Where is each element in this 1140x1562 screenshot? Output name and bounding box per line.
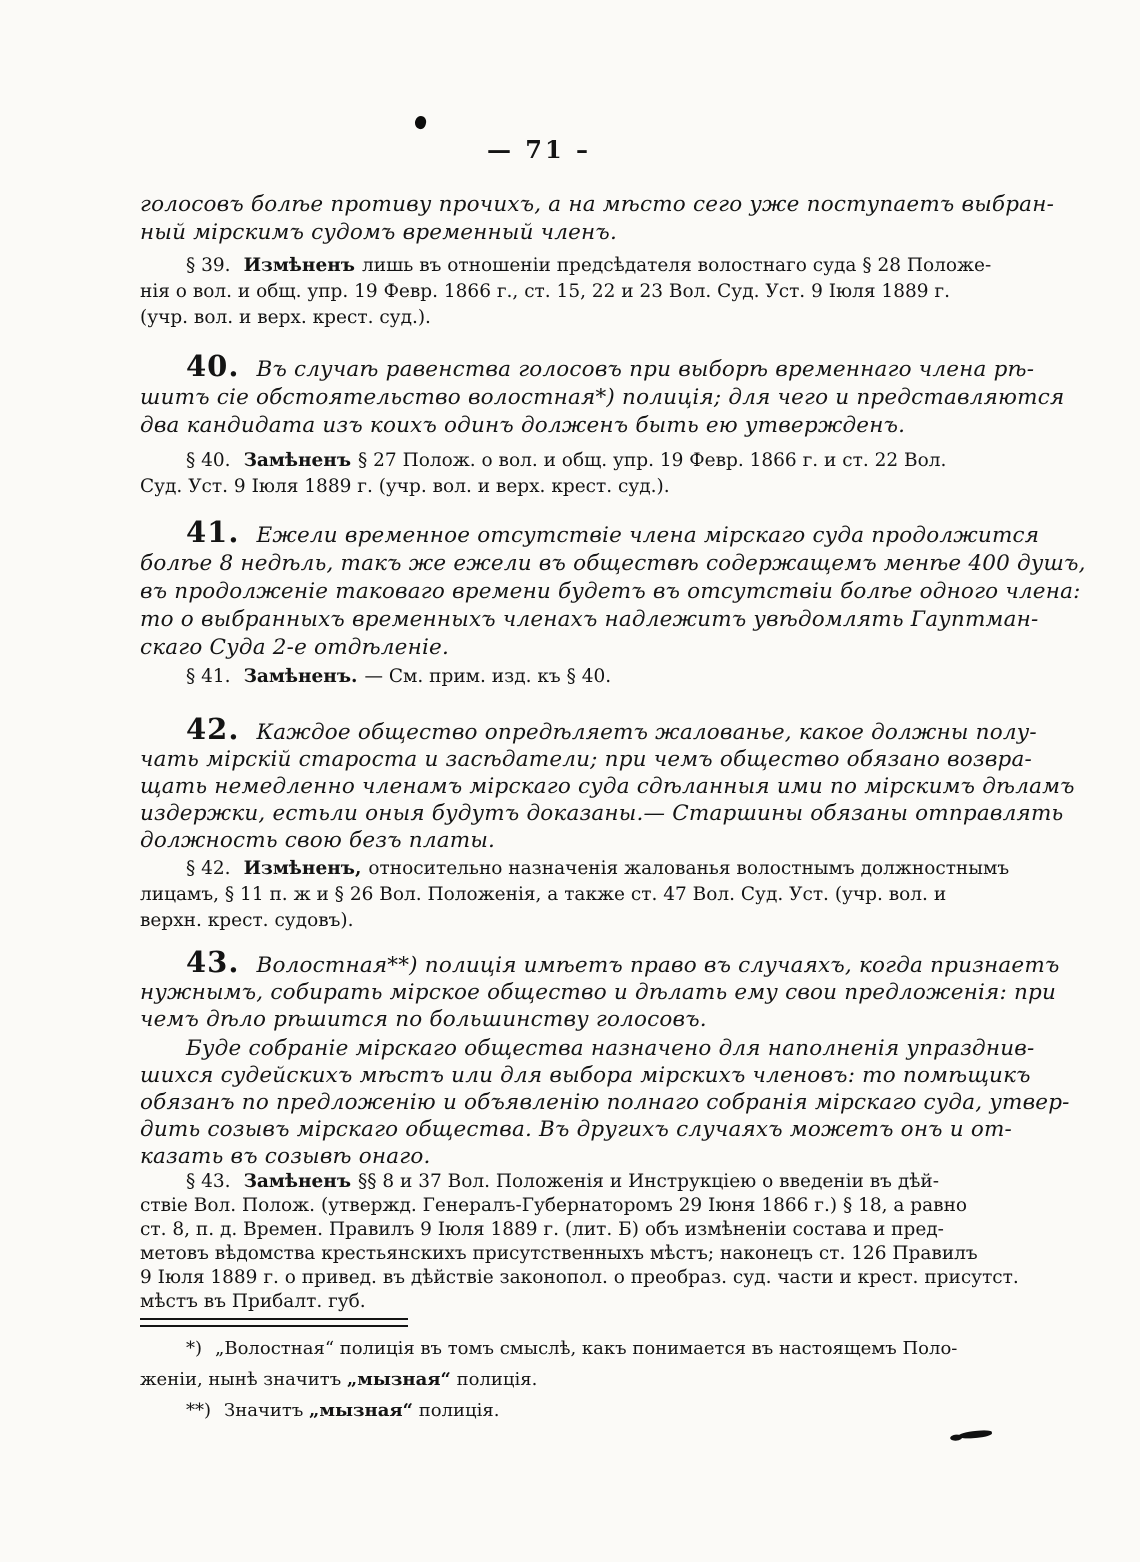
- text-line: казать въ созывѣ онаго.: [140, 1143, 1002, 1170]
- text-line: чать мірскій староста и засѣдатели; при …: [140, 746, 1002, 773]
- text-line: § 40.Замѣненъ§ 27 Полож. о вол. и общ. у…: [140, 448, 1002, 474]
- page-number: — 71 –: [108, 134, 970, 165]
- text-line: ст. 8, п. д. Времен. Правилъ 9 Іюля 1889…: [140, 1218, 1002, 1242]
- text-line: скаго Суда 2-е отдѣленіе.: [140, 634, 1002, 662]
- text-line: дить созывъ мірскаго общества. Въ других…: [140, 1116, 1002, 1143]
- text-line: обязанъ по предложенію и объявленію полн…: [140, 1089, 1002, 1116]
- note-text: § 27 Полож. о вол. и общ. упр. 19 Февр. …: [358, 450, 946, 471]
- text-line: должность свою безъ платы.: [140, 827, 1002, 854]
- text-line: болѣе 8 недѣль, такъ же ежели въ обществ…: [140, 550, 1002, 578]
- text-line: **)Значитъ „мызная“ полиція.: [140, 1395, 1002, 1426]
- footnote-marker: **): [186, 1400, 211, 1421]
- text-line: (учр. вол. и верх. крест. суд.).: [140, 305, 1002, 331]
- section-43: 43.Волостная**) полиція имѣетъ право въ …: [140, 949, 1002, 1033]
- note-42: § 42.Измѣненъ,относительно назначенія жа…: [140, 856, 1002, 934]
- section-number: 41.: [186, 515, 239, 549]
- text-line: нужнымъ, собирать мірское общество и дѣл…: [140, 979, 1002, 1006]
- section-text: Ежели временное отсутствіе члена мірскаг…: [256, 523, 1039, 548]
- note-status-word: Замѣненъ: [244, 1171, 351, 1192]
- text-line: *)„Волостная“ полиція въ томъ смыслѣ, ка…: [140, 1333, 1002, 1364]
- ink-smudge-mark: [958, 1430, 992, 1440]
- ink-dot-mark: [414, 115, 428, 130]
- scanned-book-page: — 71 – голосовъ болѣе противу прочихъ, а…: [0, 0, 1140, 1562]
- text-line: чемъ дѣло рѣшится по большинству голосов…: [140, 1006, 1002, 1033]
- footnote-separator: [140, 1318, 408, 1327]
- footnote-text: женіи, нынѣ значитъ: [140, 1369, 347, 1390]
- text-line: § 39.Измѣненълишь въ отношеніи предсѣдат…: [140, 253, 1002, 279]
- note-ref: § 42.: [186, 858, 231, 879]
- section-text: Каждое общество опредѣляетъ жалованье, к…: [256, 720, 1036, 745]
- note-ref: § 40.: [186, 450, 231, 471]
- text-line: издержки, естьли оныя будутъ доказаны.— …: [140, 800, 1002, 827]
- note-text: лишь въ отношеніи предсѣдателя волостнаг…: [362, 255, 991, 276]
- footnote-text: полиція.: [413, 1400, 499, 1421]
- footnote-term: „мызная“: [309, 1400, 413, 1421]
- section-number: 40.: [186, 349, 239, 383]
- footnote-text: полиція.: [451, 1369, 537, 1390]
- note-ref: § 41.: [186, 666, 231, 687]
- text-line: § 41.Замѣненъ.— См. прим. изд. къ § 40.: [140, 664, 1002, 690]
- footnote-1: *)„Волостная“ полиція въ томъ смыслѣ, ка…: [140, 1333, 1002, 1395]
- note-status-word: Измѣненъ: [244, 255, 355, 276]
- text-line: § 42.Измѣненъ,относительно назначенія жа…: [140, 856, 1002, 882]
- text-line: лицамъ, § 11 п. ж и § 26 Вол. Положенія,…: [140, 882, 1002, 908]
- section-41: 41.Ежели временное отсутствіе члена мірс…: [140, 518, 1002, 662]
- section-text: Волостная**) полиція имѣетъ право въ слу…: [256, 953, 1059, 978]
- text-line: § 43.Замѣненъ§§ 8 и 37 Вол. Положенія и …: [140, 1170, 1002, 1194]
- text-line: ствіе Вол. Полож. (утвержд. Генералъ-Губ…: [140, 1194, 1002, 1218]
- footnote-2: **)Значитъ „мызная“ полиція.: [140, 1395, 1002, 1426]
- text-line: въ продолженіе таковаго времени будетъ в…: [140, 578, 1002, 606]
- text-line: два кандидата изъ коихъ одинъ долженъ бы…: [140, 412, 1002, 440]
- note-39: § 39.Измѣненълишь въ отношеніи предсѣдат…: [140, 253, 1002, 331]
- footnote-text: „Волостная“ полиція въ томъ смыслѣ, какъ…: [215, 1338, 957, 1359]
- note-43: § 43.Замѣненъ§§ 8 и 37 Вол. Положенія и …: [140, 1170, 1002, 1314]
- text-line: Буде собраніе мірскаго общества назначен…: [140, 1035, 1002, 1062]
- text-line: женіи, нынѣ значитъ „мызная“ полиція.: [140, 1364, 1002, 1395]
- text-line: метовъ вѣдомства крестьянскихъ присутств…: [140, 1242, 1002, 1266]
- text-line: верхн. крест. судовъ).: [140, 908, 1002, 934]
- text-line: 41.Ежели временное отсутствіе члена мірс…: [140, 518, 1002, 550]
- text-line: нія о вол. и общ. упр. 19 Февр. 1866 г.,…: [140, 279, 1002, 305]
- note-ref: § 39.: [186, 255, 231, 276]
- section-number: 42.: [186, 712, 239, 746]
- note-status-word: Замѣненъ: [244, 450, 351, 471]
- text-line: 42.Каждое общество опредѣляетъ жалованье…: [140, 716, 1002, 746]
- section-number: 43.: [186, 945, 239, 979]
- text-line: мѣстъ въ Прибалт. губ.: [140, 1290, 1002, 1314]
- text-line: голосовъ болѣе противу прочихъ, а на мѣс…: [140, 191, 1002, 219]
- text-line: шитъ сіе обстоятельство волостная*) поли…: [140, 384, 1002, 412]
- note-ref: § 43.: [186, 1171, 231, 1192]
- section-text: Въ случаѣ равенства голосовъ при выборѣ …: [256, 357, 1034, 382]
- section-42: 42.Каждое общество опредѣляетъ жалованье…: [140, 716, 1002, 854]
- note-status-word: Замѣненъ.: [244, 666, 358, 687]
- footnote-text: Значитъ: [224, 1400, 309, 1421]
- note-40: § 40.Замѣненъ§ 27 Полож. о вол. и общ. у…: [140, 448, 1002, 500]
- text-line: 9 Іюля 1889 г. о привед. въ дѣйствіе зак…: [140, 1266, 1002, 1290]
- text-line: 43.Волостная**) полиція имѣетъ право въ …: [140, 949, 1002, 979]
- text-line: шихся судейскихъ мѣстъ или для выбора мі…: [140, 1062, 1002, 1089]
- note-text: относительно назначенія жалованья волост…: [368, 858, 1009, 879]
- footnote-marker: *): [186, 1338, 202, 1359]
- section-40: 40.Въ случаѣ равенства голосовъ при выбо…: [140, 352, 1002, 440]
- note-text: §§ 8 и 37 Вол. Положенія и Инструкціею о…: [358, 1171, 939, 1192]
- text-line: 40.Въ случаѣ равенства голосовъ при выбо…: [140, 352, 1002, 384]
- note-text: — См. прим. изд. къ § 40.: [364, 666, 611, 687]
- paragraph-continuation: голосовъ болѣе противу прочихъ, а на мѣс…: [140, 191, 1002, 247]
- text-line: то о выбранныхъ временныхъ членахъ надле…: [140, 606, 1002, 634]
- section-43-paragraph-2: Буде собраніе мірскаго общества назначен…: [140, 1035, 1002, 1170]
- footnote-term: „мызная“: [347, 1369, 451, 1390]
- text-line: ный мірскимъ судомъ временный членъ.: [140, 219, 1002, 247]
- text-line: Суд. Уст. 9 Іюля 1889 г. (учр. вол. и ве…: [140, 474, 1002, 500]
- note-status-word: Измѣненъ,: [244, 858, 362, 879]
- note-41: § 41.Замѣненъ.— См. прим. изд. къ § 40.: [140, 664, 1002, 690]
- text-line: щать немедленно членамъ мірскаго суда сд…: [140, 773, 1002, 800]
